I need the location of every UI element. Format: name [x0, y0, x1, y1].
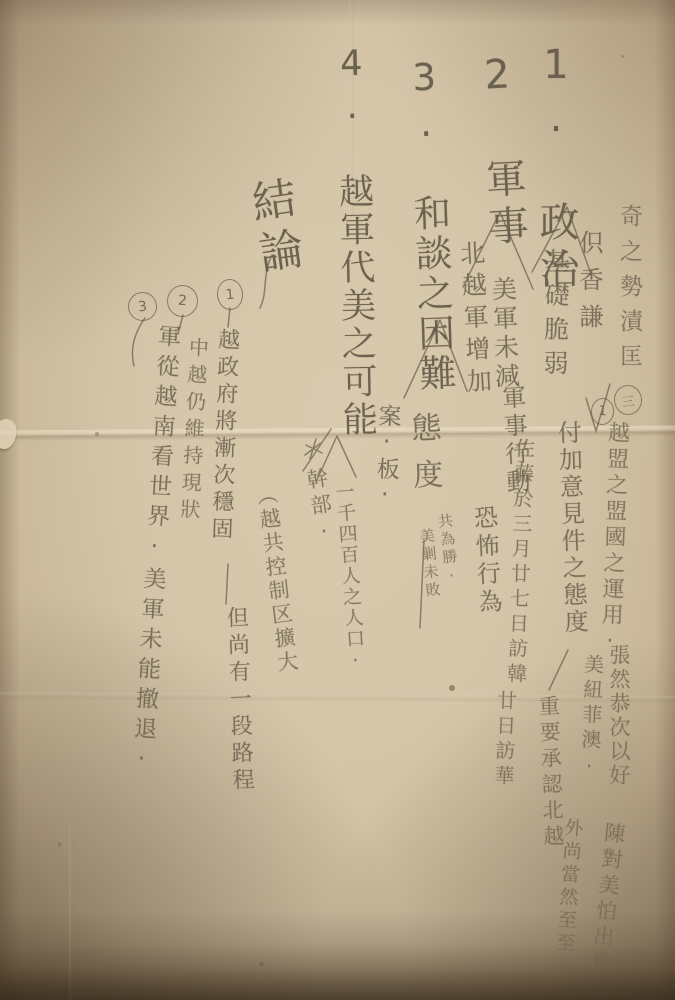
- handwritten-note-photo: 1. 政治 基礎脆弱 伿香謙 奇之勢漬匡 越盟之盟國之運用· 三 1 付加意見件…: [0, 0, 675, 1000]
- slash-mark: [549, 650, 568, 690]
- column-item2-north: 北越軍增加: [452, 239, 496, 401]
- column-item1-attitude: 付加意見件之態度: [550, 419, 593, 636]
- column-item1-side-bottom: 越盟之盟國之運用·: [594, 420, 633, 658]
- connector-badge3: [132, 318, 145, 366]
- column-conclusion-1-note: （越共控制区擴大: [250, 482, 303, 676]
- circled-number-two-label: 2: [177, 293, 187, 310]
- column-conclusion-2: 軍從越南看世界·美軍未能撤退·: [124, 323, 185, 780]
- column-item1-sato: 佐藤於三月廿七日訪韓: [501, 437, 539, 688]
- brace-stroke-item3: [404, 320, 467, 398]
- paper-speck: [58, 842, 61, 847]
- column-item1-side-top: 奇之勢漬匡: [613, 204, 646, 379]
- column-conclusion-insert: 中越仍維持現狀: [174, 336, 213, 526]
- circled-number-one-label: 1: [225, 286, 235, 303]
- column-item4-cadre: 幹部·: [300, 466, 341, 550]
- column-item3-us: 美剿未敗: [416, 527, 444, 601]
- circled-number-two: 2: [166, 284, 199, 318]
- column-item1-heading: 1. 政治: [528, 42, 585, 295]
- fold-crease-horizontal-faint: [0, 692, 675, 704]
- circled-number-three-label: 三: [621, 390, 636, 410]
- circled-number-one: 1: [216, 278, 245, 311]
- fold-crease-vertical-top: [349, 0, 354, 215]
- column-item1-foundation: 基礎脆弱: [536, 248, 574, 385]
- column-conclusion-heading: 結論: [234, 174, 312, 284]
- flourish-stroke: [260, 255, 272, 308]
- dash-stroke-conclusion: [226, 564, 228, 604]
- brace-stroke-item1: [532, 207, 592, 277]
- column-conclusion-1a: 越政府將漸次穩固: [204, 327, 243, 544]
- brace-stroke-item4: [316, 436, 356, 482]
- connector-badge1: [228, 308, 230, 327]
- column-item1-countries: 美紐菲澳·: [575, 653, 608, 783]
- column-conclusion-1b: 但尚有一段路程: [220, 605, 258, 795]
- pencil-marks-overlay: [0, 0, 675, 1000]
- column-item1-visit: 廿日訪華: [489, 689, 521, 790]
- asterisk-mark-icon: [305, 439, 322, 459]
- circled-number-three-conclusion-label: 3: [137, 298, 148, 315]
- circled-number-one-side-label: 1: [598, 404, 608, 420]
- column-item2-heading: 2 軍事: [468, 51, 535, 254]
- column-item4-population: 一千四百人之人口·: [330, 481, 370, 674]
- paper-speck: [449, 685, 455, 691]
- connector-badge2: [178, 315, 183, 334]
- column-item1-note: 伿香謙: [572, 230, 607, 341]
- brace-stroke-item2: [463, 212, 533, 289]
- circled-number-one-side: 1: [590, 397, 615, 426]
- column-item4-heading: 4. 越軍代美之可能: [326, 44, 383, 440]
- fold-crease-horizontal-main: [0, 426, 675, 442]
- column-item1-chang: 張然恭次以好: [604, 644, 634, 788]
- column-item3-attitude: 態度: [400, 411, 447, 506]
- column-item1-recognize: 重要承認北越: [533, 694, 568, 851]
- column-item2-us: 美軍未減: [484, 275, 524, 392]
- column-item3-heading: 3. 和談之困難: [396, 55, 462, 395]
- column-item3-win: 共為勝·: [434, 512, 464, 589]
- circled-number-three-conclusion: 3: [127, 291, 159, 323]
- column-item2-action: 軍事行動: [494, 384, 535, 498]
- dash-stroke-item3: [420, 540, 424, 628]
- paper-bottom-edge-shadow: [0, 944, 675, 1000]
- paper-speck: [95, 432, 99, 436]
- paper-speck: [621, 55, 624, 58]
- circled-number-three: 三: [613, 384, 644, 417]
- column-item3-case: 案·板·: [368, 403, 405, 510]
- edge-tear: [0, 417, 19, 451]
- column-item2-terror: 恐怖行為: [466, 504, 507, 618]
- insertion-line: [303, 429, 331, 471]
